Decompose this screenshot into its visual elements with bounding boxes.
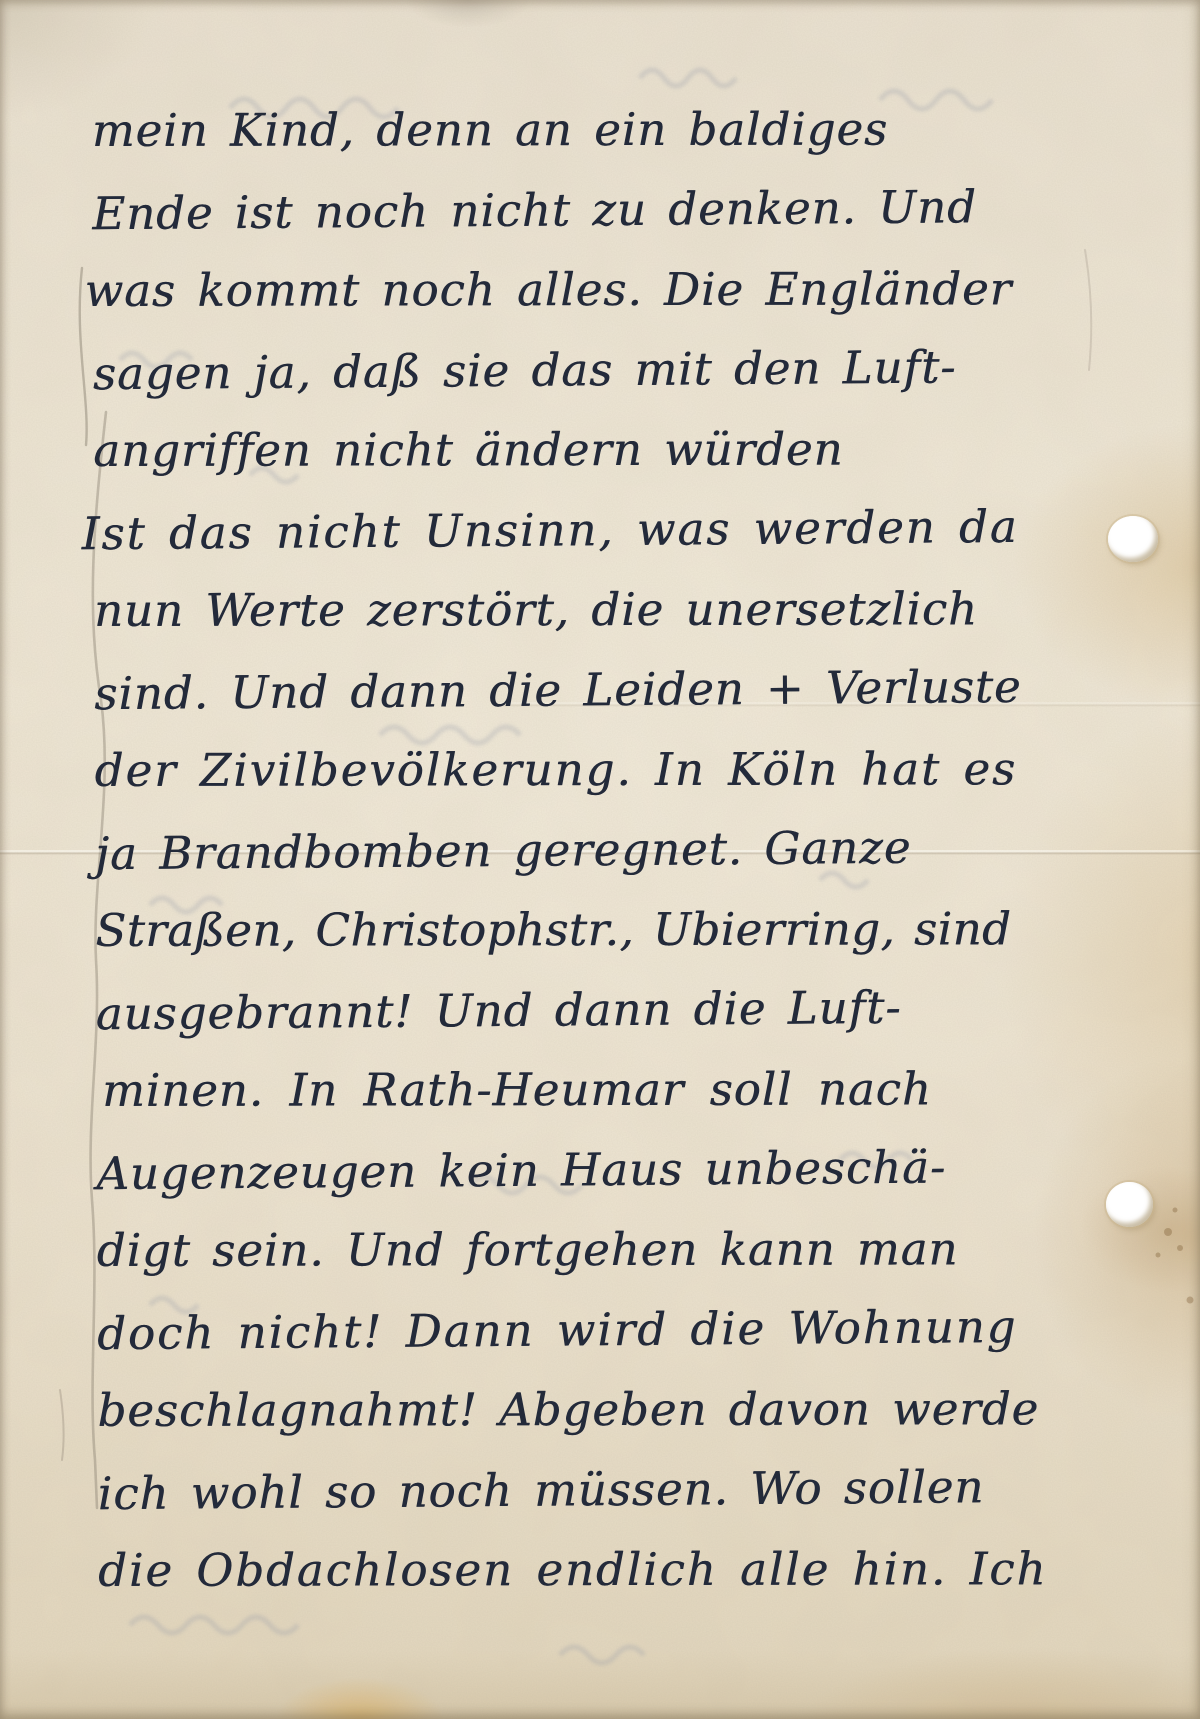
letter-line: nun Werte zerstört, die unersetzlich bbox=[94, 569, 1164, 651]
punch-hole bbox=[1106, 1182, 1153, 1227]
letter-line: ausgebrannt! Und dann die Luft- bbox=[95, 966, 1166, 1054]
letter-line: ich wohl so noch müssen. Wo sollen bbox=[97, 1446, 1168, 1534]
letter-line: Ende ist noch nicht zu denken. Und bbox=[92, 166, 1163, 254]
letter-line: was kommt noch alles. Die Engländer bbox=[84, 249, 1162, 331]
letter-line: der Zivilbevölkerung. In Köln hat es bbox=[95, 729, 1165, 811]
letter-line: digt sein. Und fortgehen kann man bbox=[97, 1209, 1167, 1291]
letter-body: mein Kind, denn an ein baldiges Ende ist… bbox=[92, 88, 1169, 1613]
letter-line: minen. In Rath-Heumar soll nach bbox=[102, 1049, 1166, 1131]
letter-page: mein Kind, denn an ein baldiges Ende ist… bbox=[0, 0, 1200, 1719]
letter-line: doch nicht! Dann wird die Wohnung bbox=[97, 1286, 1168, 1374]
letter-line: ja Brandbomben geregnet. Ganze bbox=[95, 806, 1166, 894]
letter-line: angriffen nicht ändern würden bbox=[93, 409, 1163, 491]
letter-line: Augenzeugen kein Haus unbeschä- bbox=[96, 1126, 1167, 1214]
letter-line: die Obdachlosen endlich alle hin. Ich bbox=[98, 1529, 1168, 1611]
punch-hole bbox=[1108, 516, 1158, 562]
letter-line: Straßen, Christophstr., Ubierring, sind bbox=[95, 889, 1165, 971]
letter-line: Ist das nicht Unsinn, was werden da bbox=[81, 486, 1164, 574]
letter-line: sagen ja, daß sie das mit den Luft- bbox=[93, 326, 1164, 414]
letter-line: beschlagnahmt! Abgeben davon werde bbox=[97, 1369, 1167, 1451]
letter-line: sind. Und dann die Leiden + Verluste bbox=[94, 646, 1165, 734]
letter-line: mein Kind, denn an ein baldiges bbox=[92, 89, 1162, 171]
